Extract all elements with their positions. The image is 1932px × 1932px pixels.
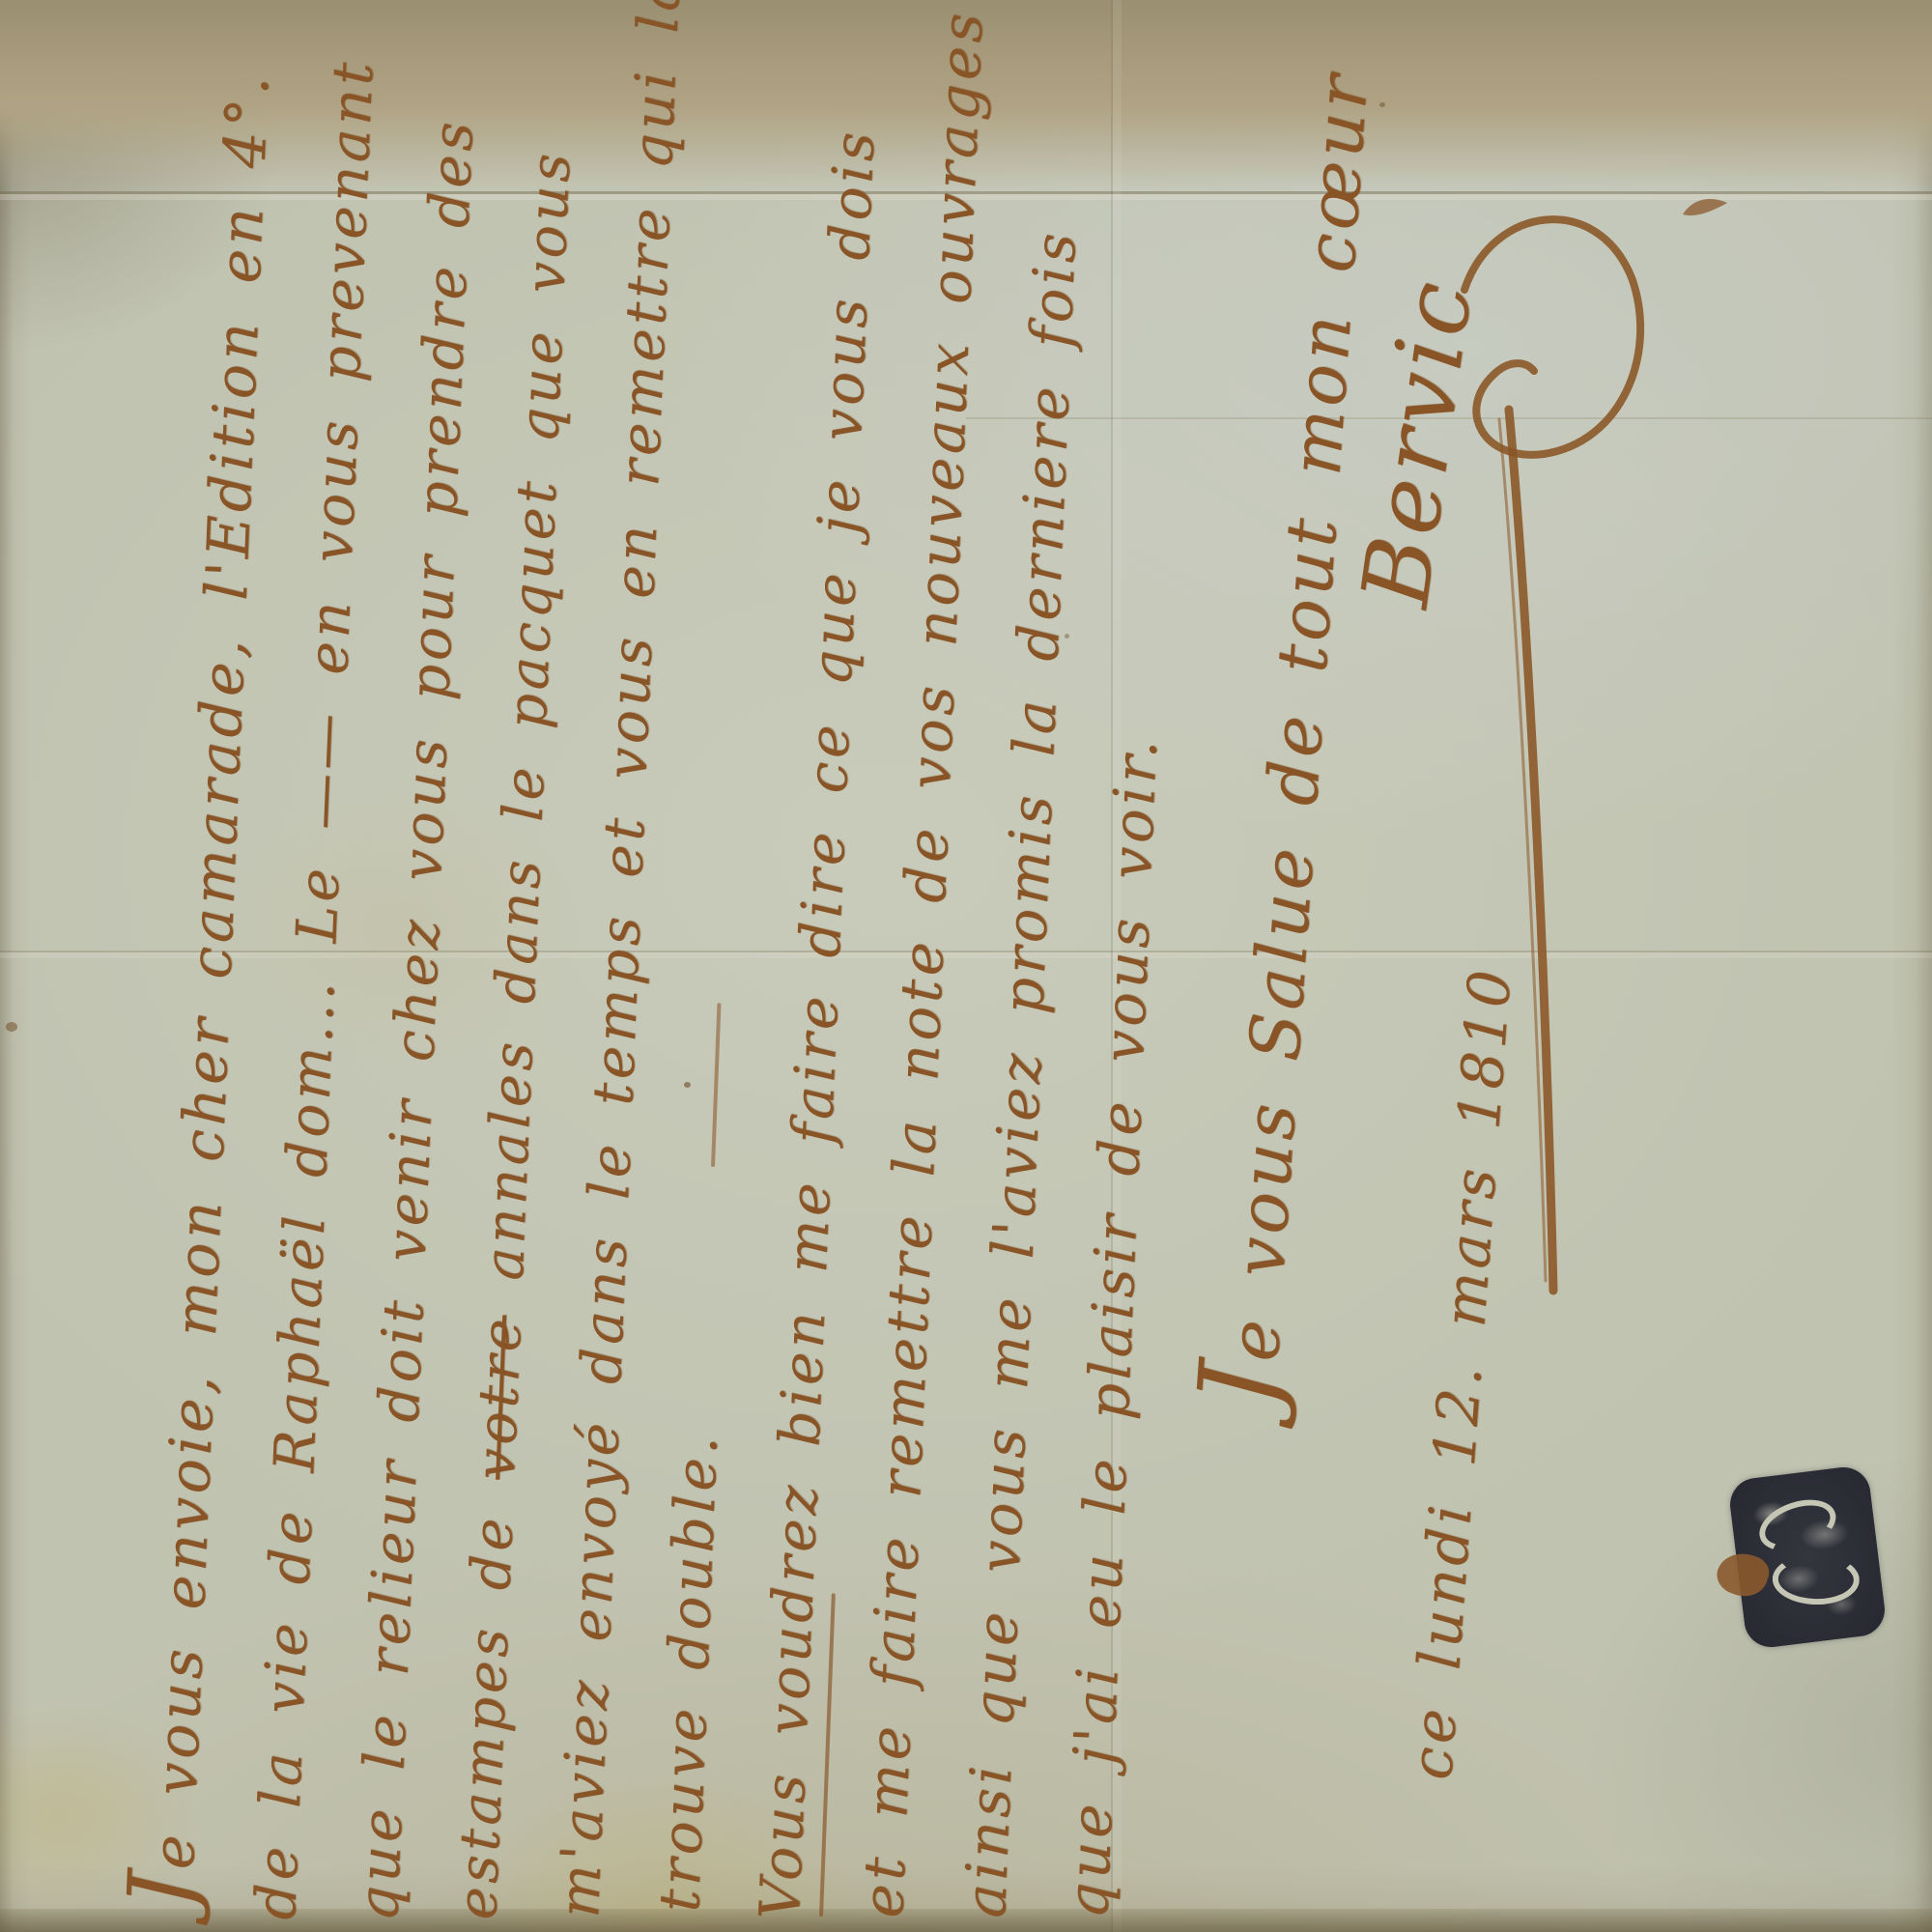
- stamp-ornament-curl: [1752, 1491, 1842, 1560]
- letter-photo: Je vous envoie, mon cher camarade, l'Edi…: [0, 0, 1932, 1932]
- small-ink-mark: [1681, 193, 1731, 222]
- signature-paraph-flourish: [0, 0, 1932, 1932]
- stamp-ornament-curl: [1772, 1553, 1860, 1605]
